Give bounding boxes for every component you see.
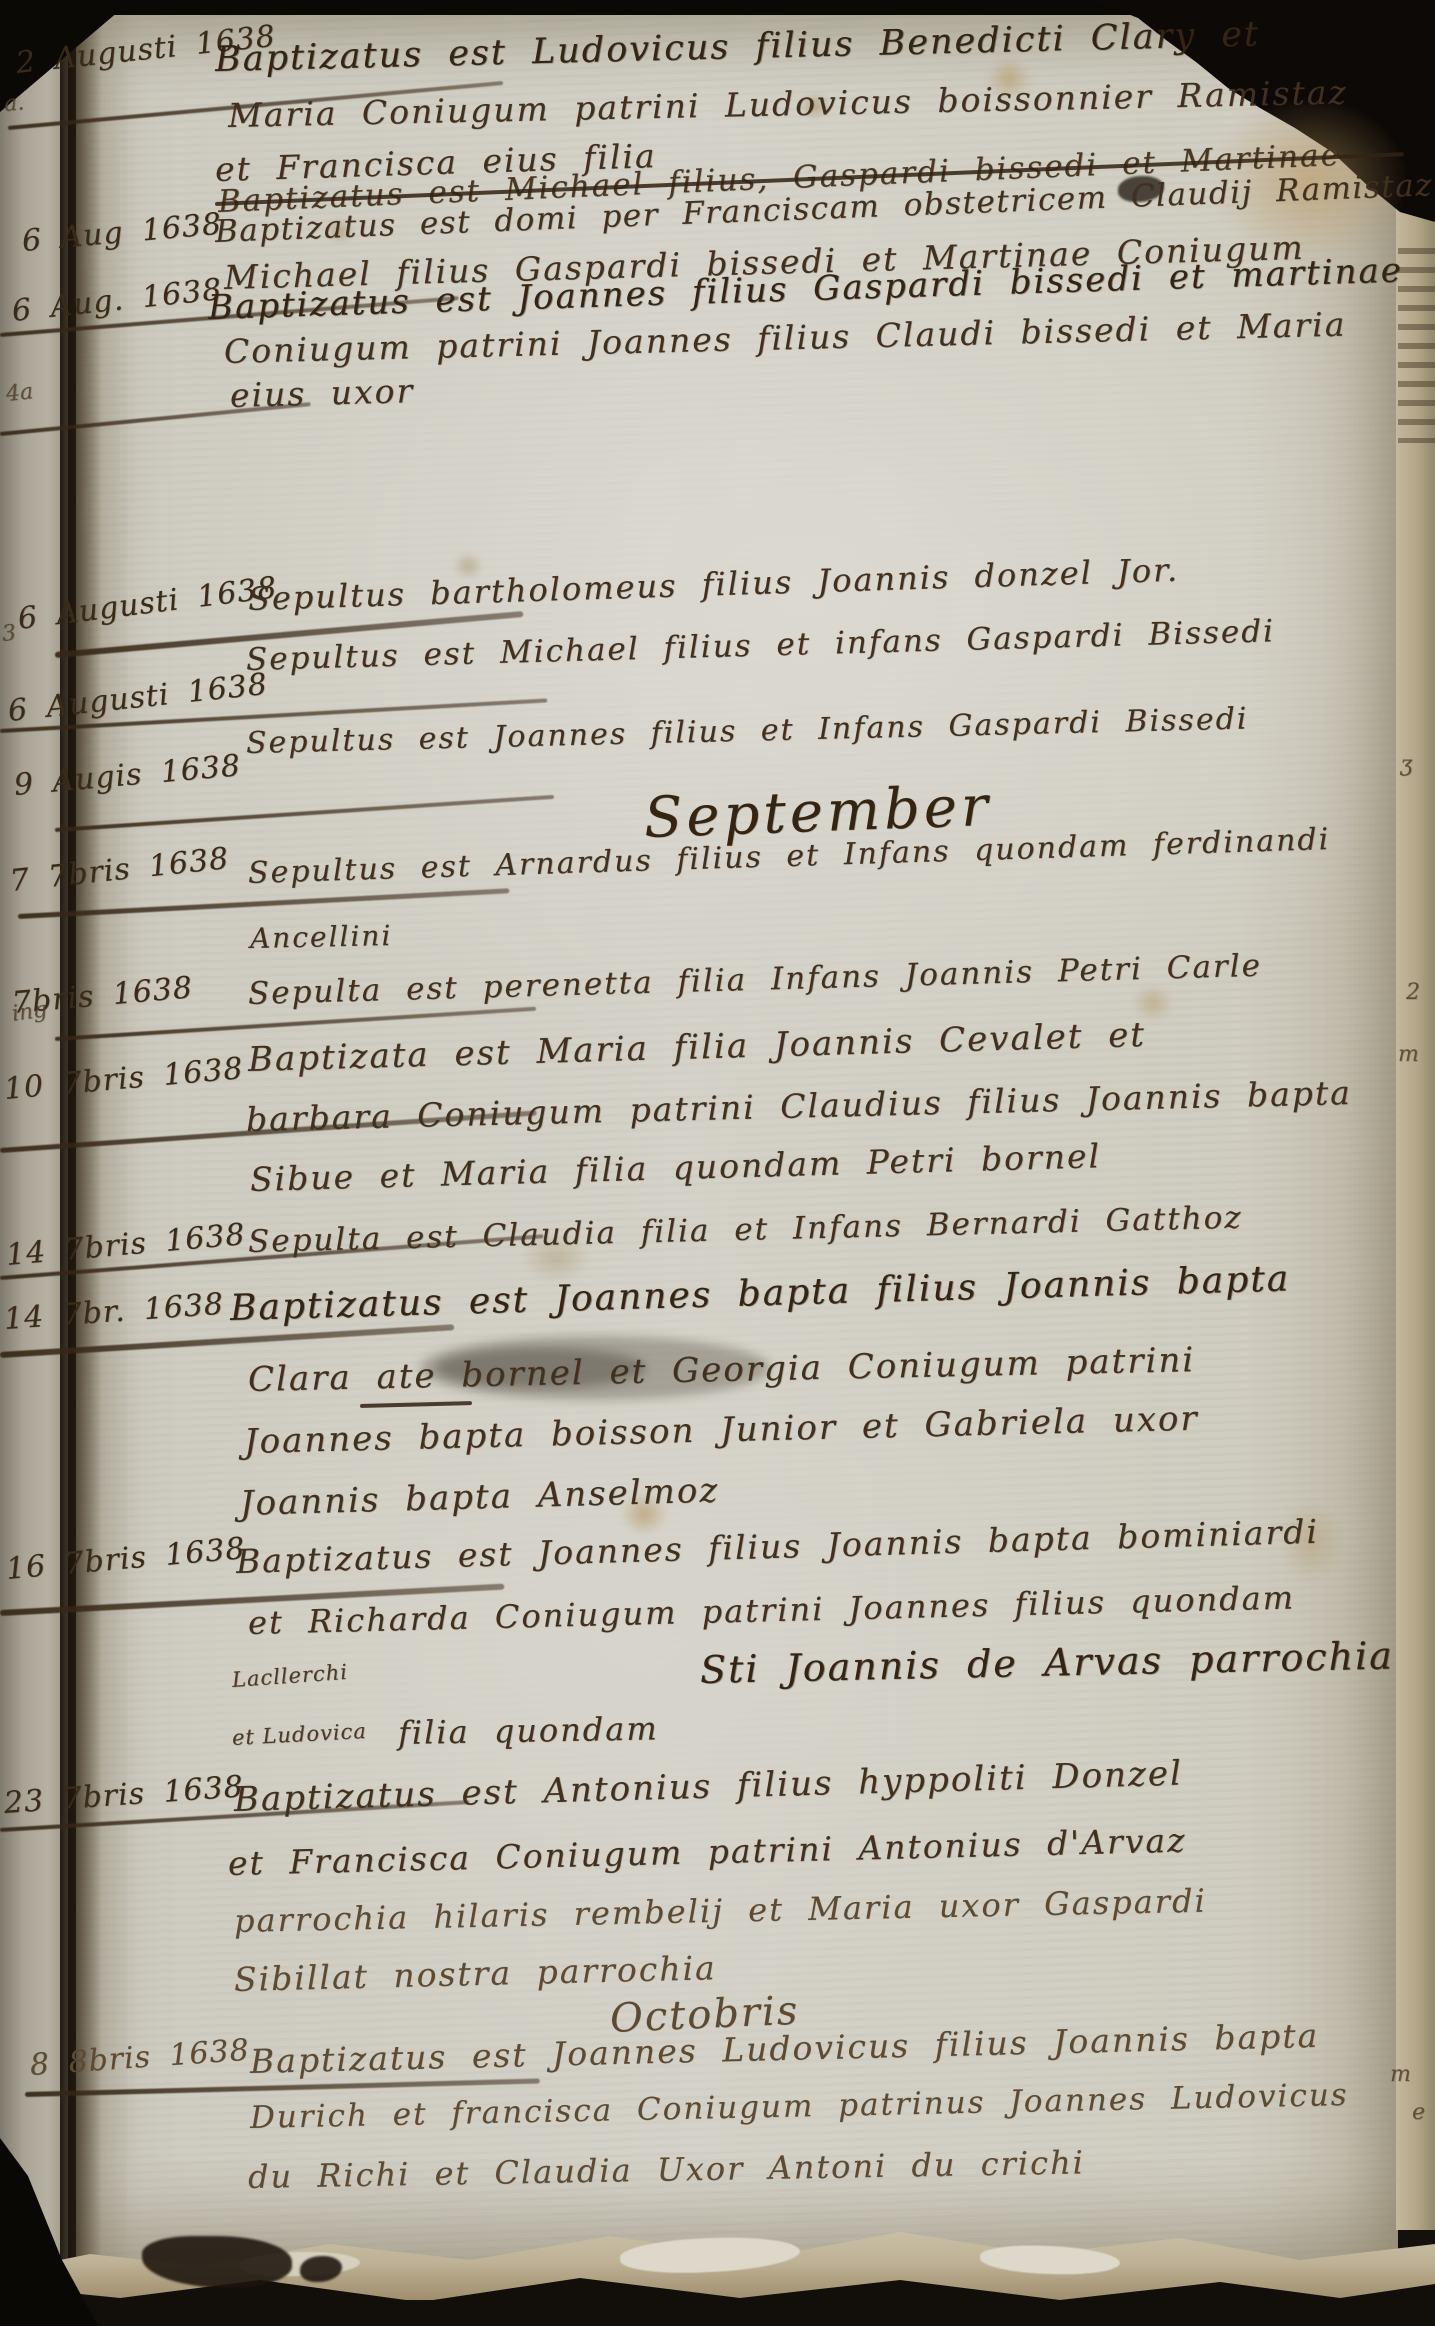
left-edge-fragment: 3 — [1, 621, 18, 647]
previous-page-edge — [0, 24, 68, 2314]
left-edge-fragment: ing — [10, 997, 48, 1027]
right-edge-fragment: m — [1398, 1042, 1419, 1067]
right-edge-fragment: ʒ — [1400, 752, 1412, 777]
entry-line: eius uxor — [229, 371, 414, 415]
right-edge-fragment: e — [1412, 2100, 1425, 2125]
page-edge-stripes — [1398, 248, 1435, 443]
book-gutter-shadow — [60, 0, 102, 2326]
entry-line: Ancellini — [250, 919, 393, 955]
entry-line: filia quondam — [398, 1709, 659, 1752]
right-edge-fragment: m — [1390, 2062, 1411, 2087]
manuscript-photo: 2 Augusti 1638 Baptizatus est Ludovicus … — [0, 0, 1435, 2326]
right-edge-fragment: 2 — [1406, 980, 1420, 1005]
left-edge-fragment: a. — [3, 90, 25, 117]
underlying-page-edges — [1396, 170, 1435, 2230]
left-edge-fragment: 4a — [5, 379, 35, 407]
